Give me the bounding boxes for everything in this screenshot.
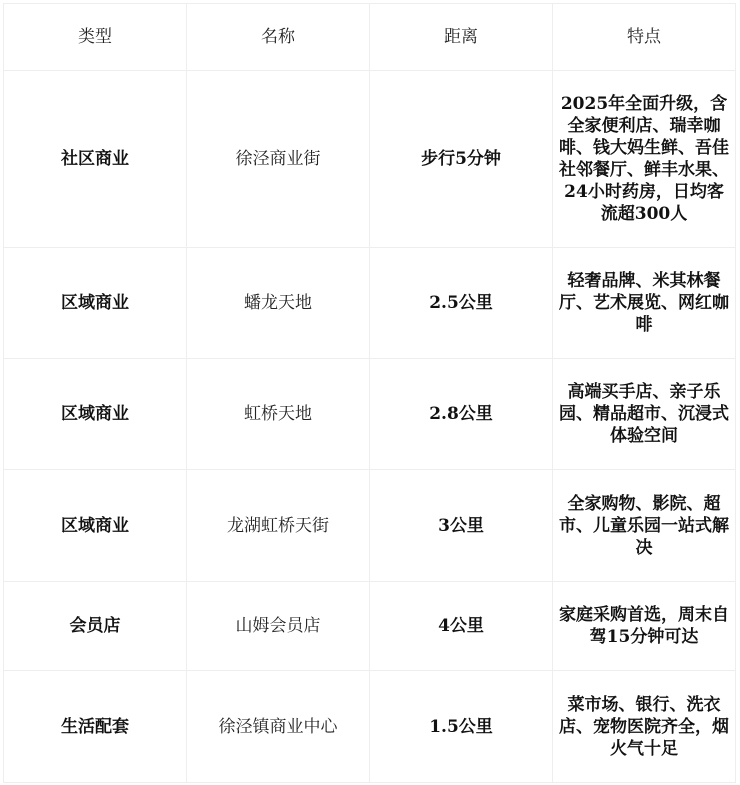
commercial-amenities-table: 类型 名称 距离 特点 社区商业 徐泾商业街 步行5分钟 2025年全面升级，含…	[3, 3, 736, 783]
cell-type: 社区商业	[4, 71, 187, 248]
cell-type: 区域商业	[4, 248, 187, 359]
cell-distance: 4公里	[370, 582, 553, 671]
cell-name: 徐泾镇商业中心	[187, 671, 370, 783]
cell-features: 全家购物、影院、超市、儿童乐园一站式解决	[553, 470, 736, 582]
header-features: 特点	[553, 4, 736, 71]
cell-type: 区域商业	[4, 359, 187, 470]
table-row: 会员店 山姆会员店 4公里 家庭采购首选，周末自驾15分钟可达	[4, 582, 736, 671]
cell-features: 菜市场、银行、洗衣店、宠物医院齐全，烟火气十足	[553, 671, 736, 783]
cell-name: 蟠龙天地	[187, 248, 370, 359]
table-row: 生活配套 徐泾镇商业中心 1.5公里 菜市场、银行、洗衣店、宠物医院齐全，烟火气…	[4, 671, 736, 783]
header-distance: 距离	[370, 4, 553, 71]
header-type: 类型	[4, 4, 187, 71]
cell-name: 山姆会员店	[187, 582, 370, 671]
table-row: 区域商业 蟠龙天地 2.5公里 轻奢品牌、米其林餐厅、艺术展览、网红咖啡	[4, 248, 736, 359]
cell-name: 虹桥天地	[187, 359, 370, 470]
cell-features: 高端买手店、亲子乐园、精品超市、沉浸式体验空间	[553, 359, 736, 470]
cell-type: 区域商业	[4, 470, 187, 582]
header-name: 名称	[187, 4, 370, 71]
cell-name: 龙湖虹桥天街	[187, 470, 370, 582]
cell-distance: 步行5分钟	[370, 71, 553, 248]
cell-name: 徐泾商业街	[187, 71, 370, 248]
cell-features: 2025年全面升级，含全家便利店、瑞幸咖啡、钱大妈生鲜、吾佳社邻餐厅、鲜丰水果、…	[553, 71, 736, 248]
cell-distance: 3公里	[370, 470, 553, 582]
table-body: 社区商业 徐泾商业街 步行5分钟 2025年全面升级，含全家便利店、瑞幸咖啡、钱…	[4, 71, 736, 783]
table-row: 区域商业 龙湖虹桥天街 3公里 全家购物、影院、超市、儿童乐园一站式解决	[4, 470, 736, 582]
table-row: 社区商业 徐泾商业街 步行5分钟 2025年全面升级，含全家便利店、瑞幸咖啡、钱…	[4, 71, 736, 248]
cell-type: 会员店	[4, 582, 187, 671]
cell-distance: 1.5公里	[370, 671, 553, 783]
cell-distance: 2.5公里	[370, 248, 553, 359]
table-header: 类型 名称 距离 特点	[4, 4, 736, 71]
table-row: 区域商业 虹桥天地 2.8公里 高端买手店、亲子乐园、精品超市、沉浸式体验空间	[4, 359, 736, 470]
cell-type: 生活配套	[4, 671, 187, 783]
header-row: 类型 名称 距离 特点	[4, 4, 736, 71]
cell-features: 家庭采购首选，周末自驾15分钟可达	[553, 582, 736, 671]
cell-distance: 2.8公里	[370, 359, 553, 470]
cell-features: 轻奢品牌、米其林餐厅、艺术展览、网红咖啡	[553, 248, 736, 359]
